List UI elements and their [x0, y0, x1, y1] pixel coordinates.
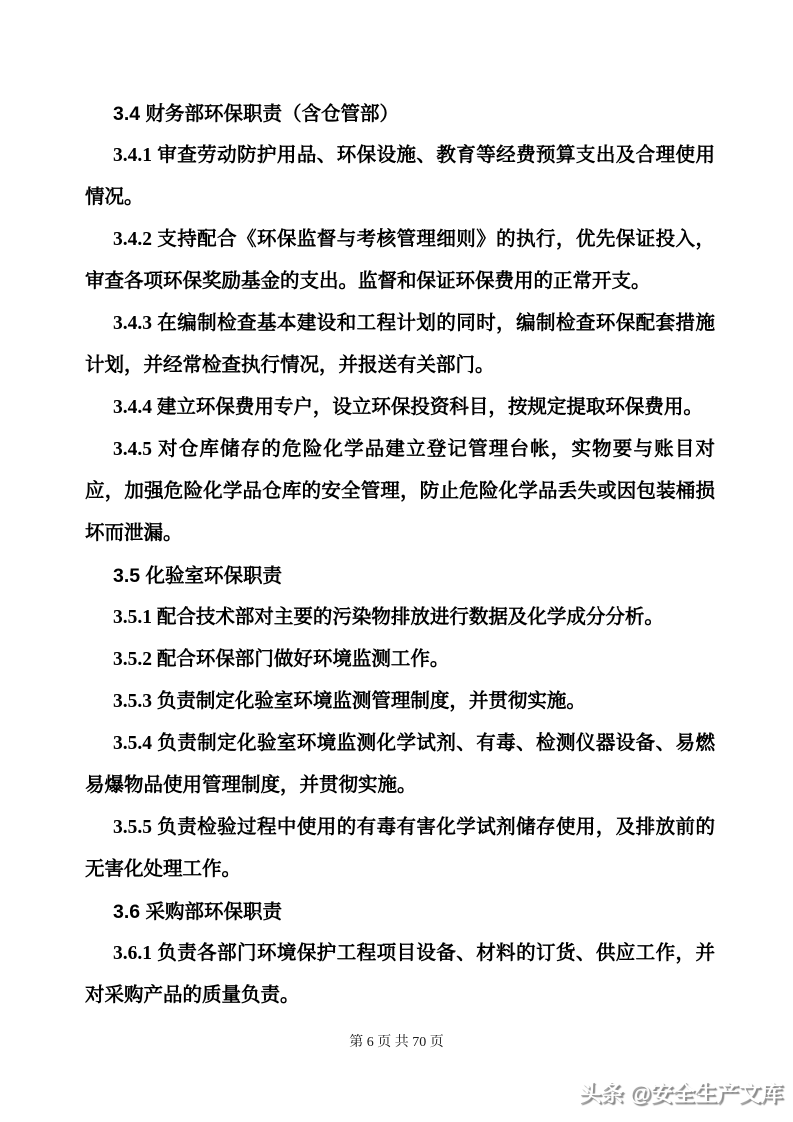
paragraph-3-4-5: 3.4.5 对仓库储存的危险化学品建立登记管理台帐，实物要与账目对应，加强危险化… [85, 429, 715, 555]
section-heading-3-4: 3.4 财务部环保职责（含仓管部） [85, 93, 715, 135]
paragraph-3-4-4: 3.4.4 建立环保费用专户，设立环保投资科目，按规定提取环保费用。 [85, 387, 715, 429]
paragraph-3-5-3: 3.5.3 负责制定化验室环境监测管理制度，并贯彻实施。 [85, 681, 715, 723]
page-number-footer: 第 6 页 共 70 页 [0, 1033, 793, 1053]
document-page: 3.4 财务部环保职责（含仓管部） 3.4.1 审查劳动防护用品、环保设施、教育… [0, 0, 793, 1122]
paragraph-3-5-4: 3.5.4 负责制定化验室环境监测化学试剂、有毒、检测仪器设备、易燃易爆物品使用… [85, 723, 715, 807]
watermark: 头条 @安全生产文库 [579, 1080, 783, 1108]
section-heading-3-6: 3.6 采购部环保职责 [85, 891, 715, 933]
paragraph-3-4-3: 3.4.3 在编制检查基本建设和工程计划的同时，编制检查环保配套措施计划，并经常… [85, 303, 715, 387]
paragraph-3-5-2: 3.5.2 配合环保部门做好环境监测工作。 [85, 639, 715, 681]
section-heading-3-5: 3.5 化验室环保职责 [85, 555, 715, 597]
paragraph-3-6-1: 3.6.1 负责各部门环境保护工程项目设备、材料的订货、供应工作，并对采购产品的… [85, 933, 715, 1017]
paragraph-3-4-2: 3.4.2 支持配合《环保监督与考核管理细则》的执行，优先保证投入，审查各项环保… [85, 219, 715, 303]
paragraph-3-5-1: 3.5.1 配合技术部对主要的污染物排放进行数据及化学成分分析。 [85, 597, 715, 639]
paragraph-3-5-5: 3.5.5 负责检验过程中使用的有毒有害化学试剂储存使用，及排放前的无害化处理工… [85, 807, 715, 891]
paragraph-3-4-1: 3.4.1 审查劳动防护用品、环保设施、教育等经费预算支出及合理使用情况。 [85, 135, 715, 219]
document-content: 3.4 财务部环保职责（含仓管部） 3.4.1 审查劳动防护用品、环保设施、教育… [85, 93, 715, 1017]
